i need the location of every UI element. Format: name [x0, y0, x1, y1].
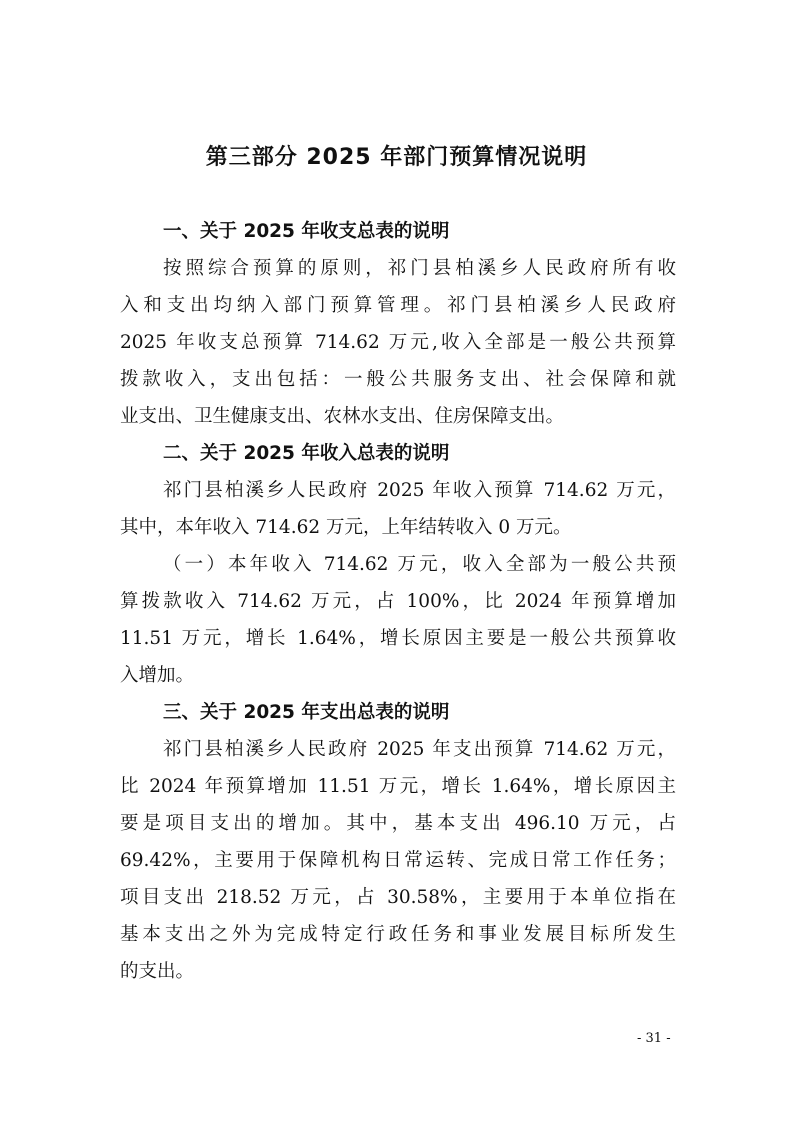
paragraph-line: 69.42%，主要用于保障机构日常运转、完成日常工作任务； [120, 848, 676, 874]
paragraph-line: 其中，本年收入 714.62 万元，上年结转收入 0 万元。 [120, 515, 676, 541]
paragraph-line: 入和支出均纳入部门预算管理。祁门县柏溪乡人民政府 [120, 293, 676, 319]
document-page: 第三部分 2025 年部门预算情况说明 一、关于 2025 年收支总表的说明 按… [0, 0, 793, 1122]
section-heading-3: 三、关于 2025 年支出总表的说明 [163, 700, 449, 726]
paragraph-line: 11.51 万元，增长 1.64%，增长原因主要是一般公共预算收 [120, 626, 676, 652]
page-number: - 31 - [637, 1031, 671, 1046]
paragraph-line: 算拨款收入 714.62 万元，占 100%，比 2024 年预算增加 [120, 589, 676, 615]
section-heading-1: 一、关于 2025 年收支总表的说明 [163, 219, 449, 245]
paragraph-line: 拨款收入，支出包括：一般公共服务支出、社会保障和就 [120, 367, 676, 393]
page-title: 第三部分 2025 年部门预算情况说明 [0, 140, 793, 171]
paragraph-line: 基本支出之外为完成特定行政任务和事业发展目标所发生 [120, 922, 676, 948]
paragraph-line: 的支出。 [120, 959, 676, 985]
section-heading-2: 二、关于 2025 年收入总表的说明 [163, 441, 449, 467]
paragraph-line: 祁门县柏溪乡人民政府 2025 年支出预算 714.62 万元， [163, 737, 676, 763]
paragraph-line: 2025 年收支总预算 714.62 万元,收入全部是一般公共预算 [120, 330, 676, 356]
paragraph-line: 按照综合预算的原则，祁门县柏溪乡人民政府所有收 [163, 256, 676, 282]
paragraph-line: 项目支出 218.52 万元，占 30.58%，主要用于本单位指在 [120, 885, 676, 911]
paragraph-line: （一）本年收入 714.62 万元，收入全部为一般公共预 [163, 552, 676, 578]
paragraph-line: 业支出、卫生健康支出、农林水支出、住房保障支出。 [120, 404, 676, 430]
paragraph-line: 入增加。 [120, 663, 676, 689]
paragraph-line: 比 2024 年预算增加 11.51 万元，增长 1.64%，增长原因主 [120, 774, 676, 800]
paragraph-line: 要是项目支出的增加。其中，基本支出 496.10 万元，占 [120, 811, 676, 837]
paragraph-line: 祁门县柏溪乡人民政府 2025 年收入预算 714.62 万元， [163, 478, 676, 504]
